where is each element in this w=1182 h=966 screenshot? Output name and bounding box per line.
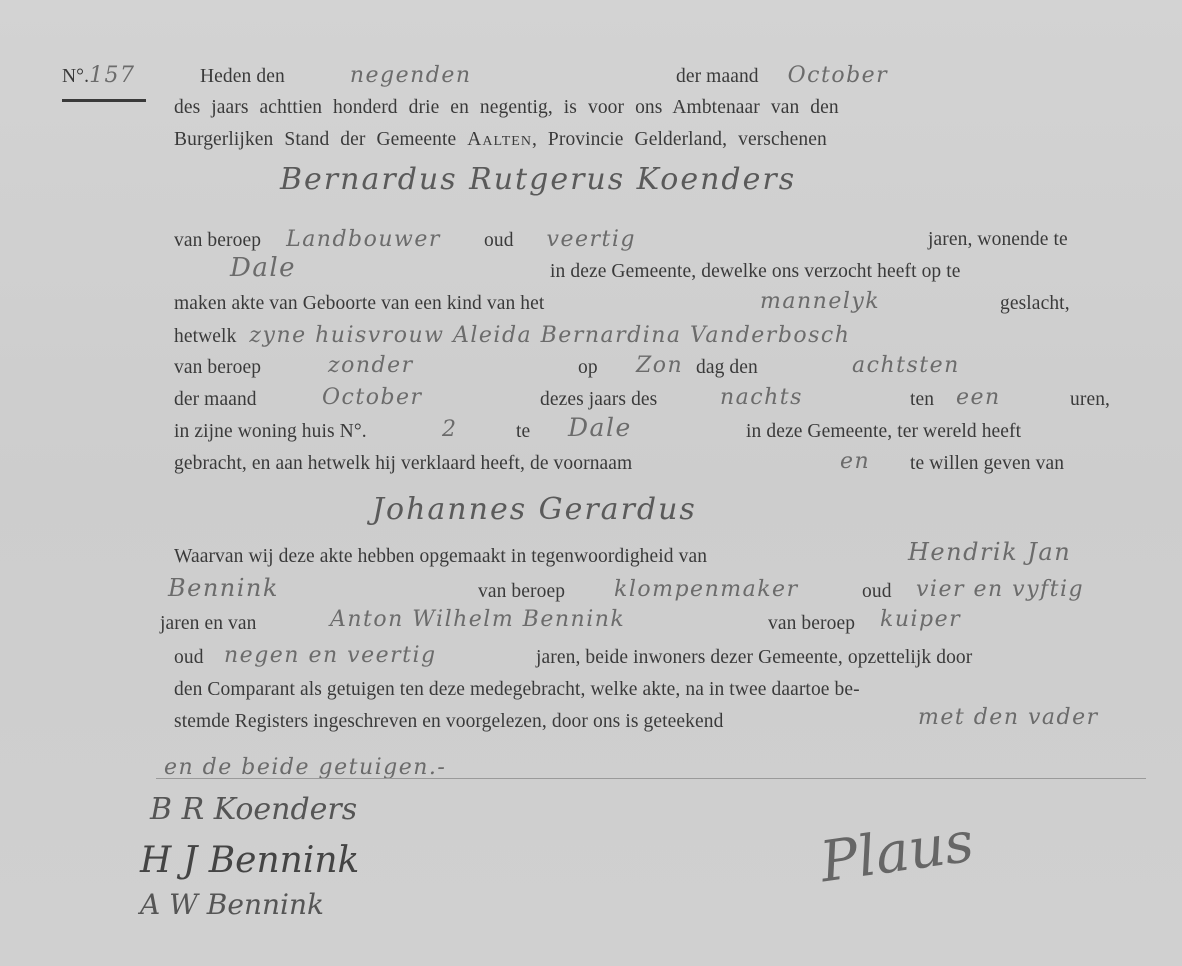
line-5b: oud veertig [484,228,636,253]
hw-plural: en [840,450,870,474]
number-label: N°. [62,66,89,87]
line-3: Burgerlijken Stand der Gemeente Aalten, … [174,128,827,152]
line-9c: dag den [696,356,758,380]
line-17: oud [174,646,204,670]
line-11c: in deze Gemeente, ter wereld heeft [746,420,1021,444]
line-6: in deze Gemeente, dewelke ons verzocht h… [550,260,961,284]
text: der maand [676,66,759,87]
hw-occupation: Landbouwer [286,227,441,252]
hw-time: nachts [720,386,803,410]
hw-place: Dale [568,416,632,440]
hw-witness2-age: negen en veertig [224,644,437,668]
hw-residence: Dale [230,256,296,280]
line-5c: jaren, wonende te [928,228,1068,252]
line-1: Heden den negenden [200,64,472,89]
text: hetwelk [174,326,236,347]
line-16b: van beroep [768,612,855,636]
number-value: 157 [89,63,136,88]
hw-witness1-last: Bennink [168,576,279,600]
hw-witness1-occupation: klompenmaker [614,578,799,602]
line-10: der maand [174,388,257,412]
number-underline [62,99,146,102]
hw-hour: een [956,386,1001,410]
line-8: hetwelk zyne huisvrouw Aleida Bernardina… [174,324,850,349]
hw-with-father: met den vader [918,706,1099,730]
line-12b: te willen geven van [910,452,1064,476]
hw-witness1-first: Hendrik Jan [908,540,1071,564]
line-10b: dezes jaars des [540,388,657,412]
child-name: Johannes Gerardus [372,498,697,522]
line-2: des jaars achttien honderd drie en negen… [174,96,839,120]
line-5: van beroep Landbouwer [174,228,441,253]
hw-house-no: 2 [442,418,458,442]
line-11: in zijne woning huis N°. [174,420,367,444]
line-16: jaren en van [160,612,256,636]
line-17b: jaren, beide inwoners dezer Gemeente, op… [536,646,972,670]
closing-rule [156,778,1146,779]
line-9b: op [578,356,598,380]
document-page: N°.157 Heden den negenden der maand Octo… [0,0,1182,966]
hw-witness1-age: vier en vyftig [916,578,1084,602]
text: , Provincie Gelderland, verschenen [532,129,827,150]
line-18: den Comparant als getuigen ten deze mede… [174,678,860,702]
hw-sex: mannelyk [760,290,880,314]
signature-witness1: H J Bennink [140,840,359,881]
hw-mother-occupation: zonder [328,354,414,378]
line-10d: uren, [1070,388,1110,412]
line-14: Waarvan wij deze akte hebben opgemaakt i… [174,545,707,569]
hw-weekday: Zon [636,354,683,378]
text: Heden den [200,66,285,87]
line-15: van beroep [478,580,565,604]
signature-witness2: A W Bennink [140,888,324,921]
hw-mother: zyne huisvrouw Aleida Bernardina Vanderb… [249,323,850,348]
line-7: maken akte van Geboorte van een kind van… [174,292,544,316]
line-10c: ten [910,388,934,412]
line-1b: der maand October [676,64,888,89]
line-12: gebracht, en aan hetwelk hij verklaard h… [174,452,632,476]
line-19: stemde Registers ingeschreven en voorgel… [174,710,723,734]
text: Burgerlijken Stand der Gemeente [174,129,456,150]
hw-day: negenden [350,63,472,88]
declarant-name: Bernardus Rutgerus Koenders [280,168,796,192]
text: oud [484,230,514,251]
signature-father: B R Koenders [150,792,357,827]
signature-official: Plaus [816,810,977,896]
hw-witness2-occupation: kuiper [880,608,961,632]
hw-month: October [788,63,889,88]
hw-date: achtsten [852,354,960,378]
certificate-number: N°.157 [62,64,136,89]
hw-age: veertig [547,227,636,252]
line-11b: te [516,420,530,444]
line-7b: geslacht, [1000,292,1070,316]
line-9: van beroep [174,356,261,380]
municipality: Aalten [467,129,532,150]
hw-and-witnesses: en de beide getuigen.- [164,756,446,780]
hw-month2: October [322,386,423,410]
hw-witness2: Anton Wilhelm Bennink [330,608,625,632]
line-15b: oud [862,580,892,604]
text: van beroep [174,230,261,251]
